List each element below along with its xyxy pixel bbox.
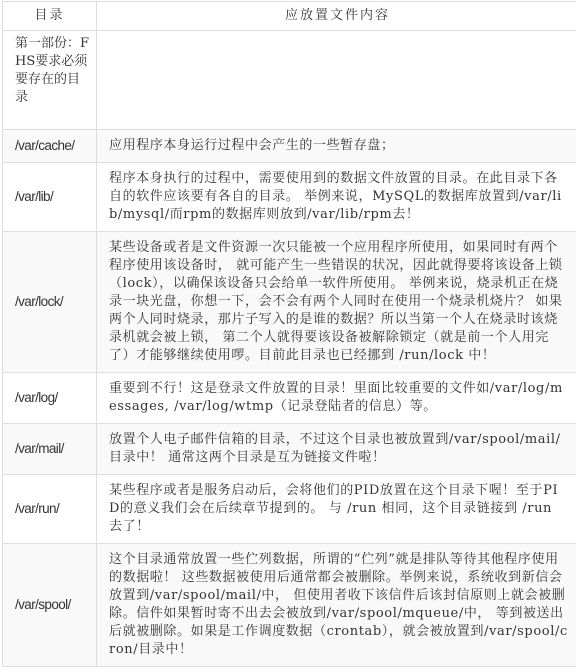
table-header-row: 目录 应放置文件内容 <box>3 2 576 31</box>
table-row: /var/spool/ 这个目录通常放置一些伫列数据，所谓的“伫列”就是排队等待… <box>3 544 576 608</box>
table-row: /var/mail/ 放置个人电子邮件信箱的目录，不过这个目录也被放置到/var… <box>3 424 576 475</box>
fhs-var-directory-table: 目录 应放置文件内容 第一部份：FHS要求必须要存在的目录 /var/cache… <box>2 1 576 607</box>
directory-cell: /var/lib/ <box>3 163 97 232</box>
description-cell: 应用程序本身运行过程中会产生的一些暂存盘； <box>97 130 576 163</box>
directory-cell: /var/spool/ <box>3 544 97 608</box>
section-row: 第一部份：FHS要求必须要存在的目录 <box>3 31 576 130</box>
directory-cell: /var/lock/ <box>3 232 97 373</box>
section-label: 第一部份：FHS要求必须要存在的目录 <box>3 31 97 130</box>
section-empty-cell <box>97 31 576 130</box>
description-cell: 这个目录通常放置一些伫列数据，所谓的“伫列”就是排队等待其他程序使用的数据啦！ … <box>97 544 576 608</box>
description-cell: 程序本身执行的过程中，需要使用到的数据文件放置的目录。在此目录下各自的软件应该要… <box>97 163 576 232</box>
table-row: /var/lock/ 某些设备或者是文件资源一次只能被一个应用程序所使用，如果同… <box>3 232 576 373</box>
description-cell: 某些程序或者是服务启动后，会将他们的PID放置在这个目录下喔！至于PID的意义我… <box>97 475 576 544</box>
directory-cell: /var/run/ <box>3 475 97 544</box>
header-directory: 目录 <box>3 2 97 31</box>
description-cell: 重要到不行！这是登录文件放置的目录！里面比较重要的文件如/var/log/mes… <box>97 373 576 424</box>
directory-cell: /var/cache/ <box>3 130 97 163</box>
description-cell: 某些设备或者是文件资源一次只能被一个应用程序所使用，如果同时有两个程序使用该设备… <box>97 232 576 373</box>
table-row: /var/run/ 某些程序或者是服务启动后，会将他们的PID放置在这个目录下喔… <box>3 475 576 544</box>
header-content: 应放置文件内容 <box>97 2 576 31</box>
table-row: /var/cache/ 应用程序本身运行过程中会产生的一些暂存盘； <box>3 130 576 163</box>
table-row: /var/log/ 重要到不行！这是登录文件放置的目录！里面比较重要的文件如/v… <box>3 373 576 424</box>
table-row: /var/lib/ 程序本身执行的过程中，需要使用到的数据文件放置的目录。在此目… <box>3 163 576 232</box>
directory-cell: /var/mail/ <box>3 424 97 475</box>
directory-cell: /var/log/ <box>3 373 97 424</box>
description-cell: 放置个人电子邮件信箱的目录，不过这个目录也被放置到/var/spool/mail… <box>97 424 576 475</box>
